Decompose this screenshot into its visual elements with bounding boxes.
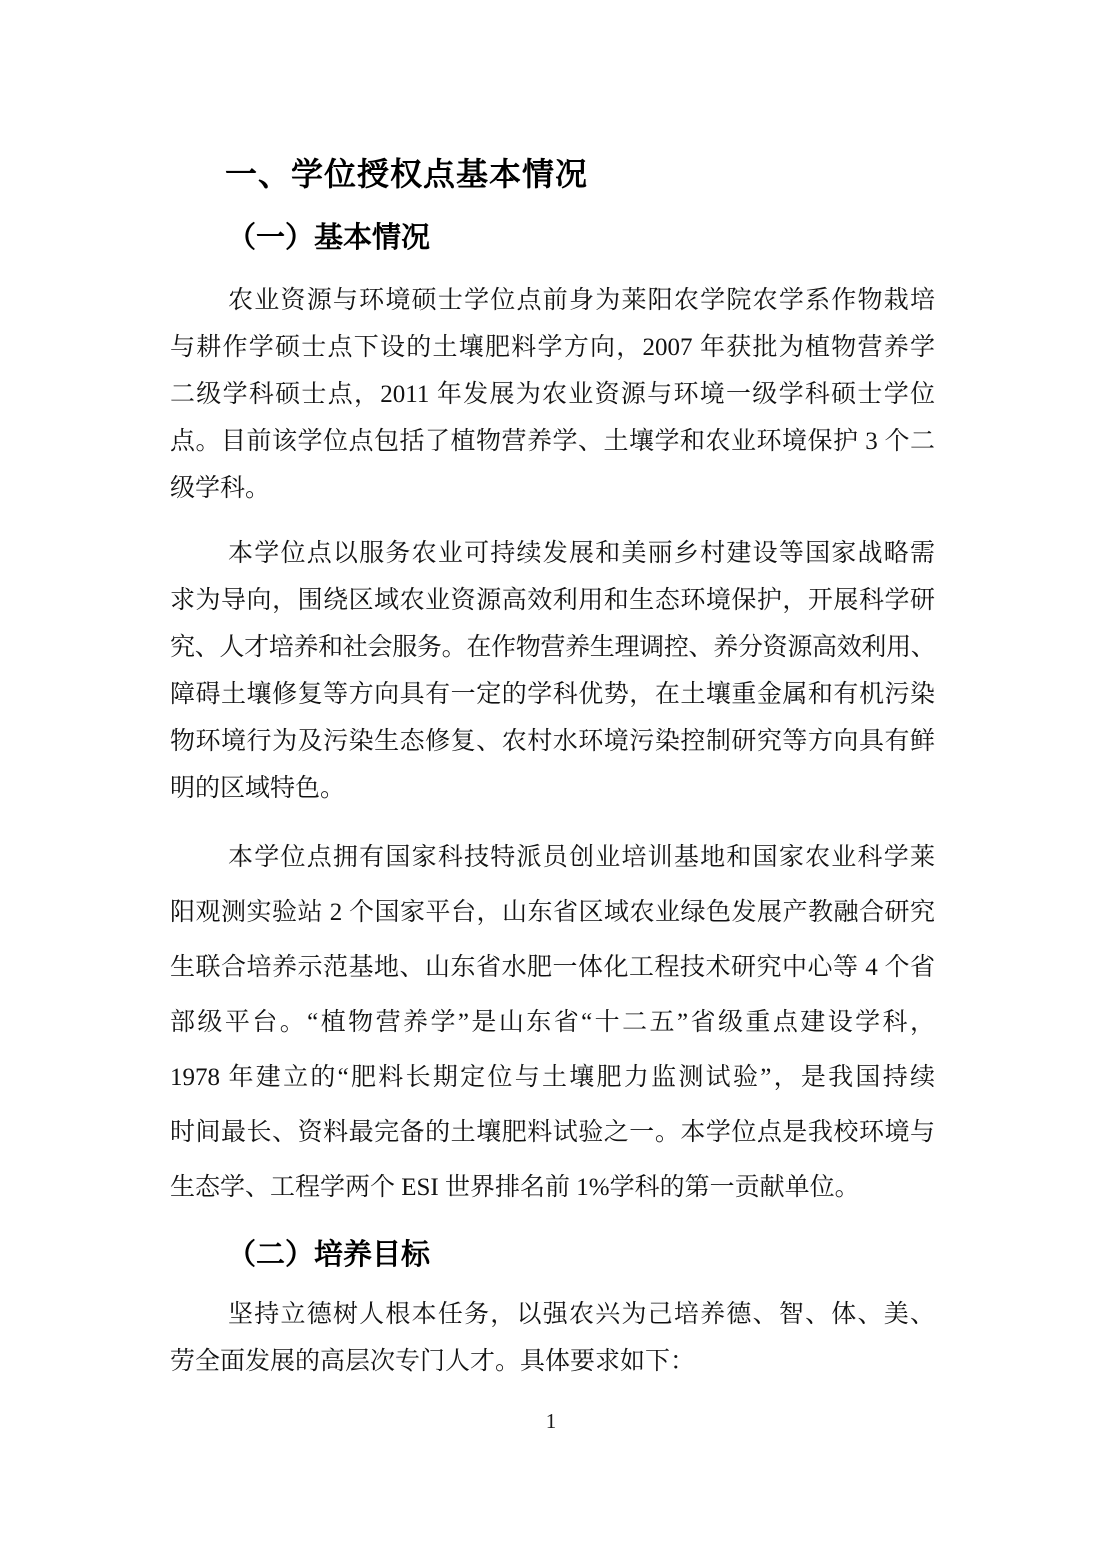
- paragraph-history: 农业资源与环境硕士学位点前身为莱阳农学院农学系作物栽培 与耕作学硕士点下设的土壤…: [170, 277, 935, 512]
- text-line: 求为导向，围绕区域农业资源高效利用和生态环境保护，开展科学研: [170, 577, 935, 624]
- text-line: 障碍土壤修复等方向具有一定的学科优势，在土壤重金属和有机污染: [170, 671, 935, 718]
- text-line: 生态学、工程学两个 ESI 世界排名前 1%学科的第一贡献单位。: [170, 1160, 935, 1215]
- text-line: 生联合培养示范基地、山东省水肥一体化工程技术研究中心等 4 个省: [170, 940, 935, 995]
- section-heading-training-goal: （二）培养目标: [170, 1235, 935, 1275]
- text-line: 本学位点拥有国家科技特派员创业培训基地和国家农业科学莱: [170, 830, 935, 885]
- document-page: 一、学位授权点基本情况 （一）基本情况 农业资源与环境硕士学位点前身为莱阳农学院…: [0, 0, 1102, 1559]
- text-line: 明的区域特色。: [170, 765, 935, 812]
- paragraph-training-goal: 坚持立德树人根本任务，以强农兴为己培养德、智、体、美、 劳全面发展的高层次专门人…: [170, 1291, 935, 1385]
- text-line: 点。目前该学位点包括了植物营养学、土壤学和农业环境保护 3 个二: [170, 418, 935, 465]
- text-line: 时间最长、资料最完备的土壤肥料试验之一。本学位点是我校环境与: [170, 1105, 935, 1160]
- paragraph-platforms: 本学位点拥有国家科技特派员创业培训基地和国家农业科学莱 阳观测实验站 2 个国家…: [170, 830, 935, 1215]
- text-line: 劳全面发展的高层次专门人才。具体要求如下：: [170, 1338, 935, 1385]
- text-line: 部级平台。“植物营养学”是山东省“十二五”省级重点建设学科，: [170, 995, 935, 1050]
- text-line: 坚持立德树人根本任务，以强农兴为己培养德、智、体、美、: [170, 1291, 935, 1338]
- page-number: 1: [0, 1408, 1102, 1434]
- page-title: 一、学位授权点基本情况: [170, 152, 935, 196]
- text-line: 1978 年建立的“肥料长期定位与土壤肥力监测试验”，是我国持续: [170, 1050, 935, 1105]
- text-line: 究、人才培养和社会服务。在作物营养生理调控、养分资源高效利用、: [170, 624, 935, 671]
- text-line: 级学科。: [170, 465, 935, 512]
- section-heading-basic-info: （一）基本情况: [170, 218, 935, 258]
- text-line: 二级学科硕士点，2011 年发展为农业资源与环境一级学科硕士学位: [170, 371, 935, 418]
- text-line: 阳观测实验站 2 个国家平台，山东省区域农业绿色发展产教融合研究: [170, 885, 935, 940]
- text-line: 本学位点以服务农业可持续发展和美丽乡村建设等国家战略需: [170, 530, 935, 577]
- text-line: 与耕作学硕士点下设的土壤肥料学方向，2007 年获批为植物营养学: [170, 324, 935, 371]
- text-line: 物环境行为及污染生态修复、农村水环境污染控制研究等方向具有鲜: [170, 718, 935, 765]
- text-line: 农业资源与环境硕士学位点前身为莱阳农学院农学系作物栽培: [170, 277, 935, 324]
- paragraph-orientation: 本学位点以服务农业可持续发展和美丽乡村建设等国家战略需 求为导向，围绕区域农业资…: [170, 530, 935, 812]
